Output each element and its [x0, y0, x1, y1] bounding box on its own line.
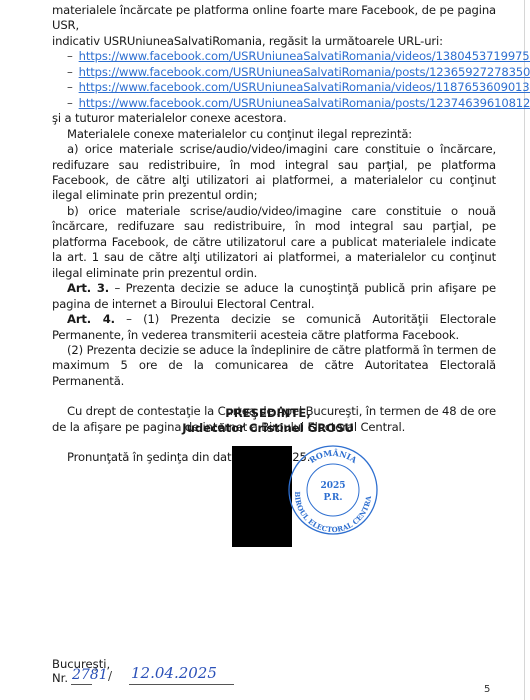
url-list-item: –https://www.facebook.com/USRUniuneaSalv… [52, 65, 496, 80]
facebook-url-link[interactable]: https://www.facebook.com/USRUniuneaSalva… [79, 65, 530, 79]
handwritten-registration-number: 2781 [72, 667, 108, 683]
article-4-text: – (1) Prezenta decizie se comunică Autor… [52, 312, 496, 341]
footer-nr-label: Nr. [52, 671, 68, 685]
date-underline [129, 684, 234, 685]
intro-line-1: materialele încărcate pe platforma onlin… [52, 3, 496, 32]
article-4-label: Art. 4. [67, 312, 115, 326]
signature-title: PREŞEDINTE, [3, 406, 530, 421]
article-4: Art. 4. – (1) Prezenta decizie se comuni… [52, 312, 496, 343]
official-stamp: ROMÂNIA BIROUL ELECTORAL CENTRAL 2025 P.… [287, 444, 379, 536]
facebook-url-link[interactable]: https://www.facebook.com/USRUniuneaSalva… [79, 49, 530, 63]
dash-bullet: – [67, 96, 73, 110]
intro-line-2: indicativ USRUniuneaSalvatiRomania, regă… [52, 34, 443, 48]
article-3: Art. 3. – Prezenta decizie se aduce la c… [52, 281, 496, 312]
stamp-initials: P.R. [323, 493, 342, 503]
intro-paragraph: materialele încărcate pe platforma onlin… [52, 3, 496, 49]
item-a: a) orice materiale scrise/audio/video/im… [52, 142, 496, 204]
article-3-text: – Prezenta decizie se aduce la cunoştinţ… [52, 281, 496, 310]
related-intro: Materialele conexe materialelor cu conţi… [52, 127, 496, 142]
signature-name: Judecător Cristinel GROSU [3, 421, 530, 436]
facebook-url-link[interactable]: https://www.facebook.com/USRUniuneaSalva… [79, 80, 530, 94]
redacted-signature-block [232, 446, 292, 547]
facebook-url-link[interactable]: https://www.facebook.com/USRUniuneaSalva… [79, 96, 530, 110]
nr-date-separator: / [108, 669, 112, 683]
article-4-paragraph-2: (2) Prezenta decizie se aduce la îndepli… [52, 343, 496, 389]
related-line: şi a tuturor materialelor conexe acestor… [52, 111, 496, 126]
handwritten-date: 12.04.2025 [131, 664, 217, 682]
document-body: materialele încărcate pe platforma onlin… [52, 3, 496, 466]
url-list-item: –https://www.facebook.com/USRUniuneaSalv… [52, 96, 496, 111]
url-list-item: –https://www.facebook.com/USRUniuneaSalv… [52, 49, 496, 64]
url-list-item: –https://www.facebook.com/USRUniuneaSalv… [52, 80, 496, 95]
page-number: 5 [484, 684, 490, 695]
dash-bullet: – [67, 49, 73, 63]
stamp-year: 2025 [320, 481, 345, 491]
nr-underline [71, 684, 92, 685]
item-b: b) orice materiale scrise/audio/video/im… [52, 204, 496, 281]
dash-bullet: – [67, 65, 73, 79]
url-list: –https://www.facebook.com/USRUniuneaSalv… [52, 49, 496, 111]
article-3-label: Art. 3. [67, 281, 109, 295]
dash-bullet: – [67, 80, 73, 94]
